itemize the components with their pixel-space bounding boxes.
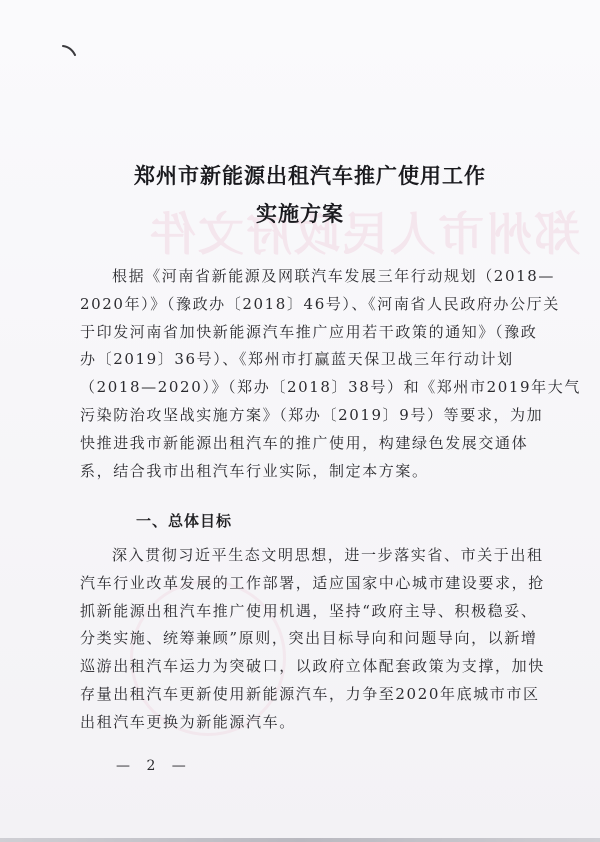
pen-mark-icon — [62, 44, 78, 58]
section1-line: 出租汽车更换为新能源汽车。 — [80, 709, 540, 737]
intro-line: （2018—2020）》（郑办〔2018〕38号）和《郑州市2019年大气 — [80, 374, 540, 402]
document-title-line2: 实施方案 — [0, 198, 600, 228]
section-heading-overall-goal: 一、总体目标 — [136, 510, 232, 531]
section1-line: 巡游出租汽车运力为突破口，以政府立体配套政策为支撑，加快 — [80, 653, 540, 681]
section1-line: 分类实施、统筹兼顾”原则，突出目标导向和问题导向，以新增 — [80, 625, 540, 653]
section1-line: 存量出租汽车更新使用新能源汽车，力争至2020年底城市市区 — [80, 681, 540, 709]
document-page: 郑州市人民政府文件 郑州市新能源出租汽车推广使用工作 实施方案 根据《河南省新能… — [0, 0, 600, 842]
intro-line: 2020年）》（豫政办〔2018〕46号）、《河南省人民政府办公厅关 — [80, 291, 540, 319]
intro-paragraph: 根据《河南省新能源及网联汽车发展三年行动规划（2018— 2020年）》（豫政办… — [80, 263, 540, 485]
section1-line: 深入贯彻习近平生态文明思想，进一步落实省、市关于出租 — [80, 542, 540, 570]
document-title-line1: 郑州市新能源出租汽车推广使用工作 — [10, 160, 600, 190]
scan-bottom-edge — [0, 838, 600, 842]
intro-line: 系，结合我市出租汽车行业实际，制定本方案。 — [80, 458, 540, 486]
section1-line: 抓新能源出租汽车推广使用机遇，坚持“政府主导、积极稳妥、 — [80, 598, 540, 626]
intro-line: 污染防治攻坚战实施方案》（郑办〔2019〕9号）等要求，为加 — [80, 402, 540, 430]
intro-line: 于印发河南省加快新能源汽车推广应用若干政策的通知》（豫政 — [80, 319, 540, 347]
intro-line: 办〔2019〕36号）、《郑州市打赢蓝天保卫战三年行动计划 — [80, 346, 540, 374]
intro-line: 根据《河南省新能源及网联汽车发展三年行动规划（2018— — [80, 263, 540, 291]
section1-line: 汽车行业改革发展的工作部署，适应国家中心城市建设要求，抢 — [80, 570, 540, 598]
page-number: — 2 — — [116, 758, 192, 774]
section1-paragraph: 深入贯彻习近平生态文明思想，进一步落实省、市关于出租 汽车行业改革发展的工作部署… — [80, 542, 540, 737]
intro-line: 快推进我市新能源出租汽车的推广使用，构建绿色发展交通体 — [80, 430, 540, 458]
